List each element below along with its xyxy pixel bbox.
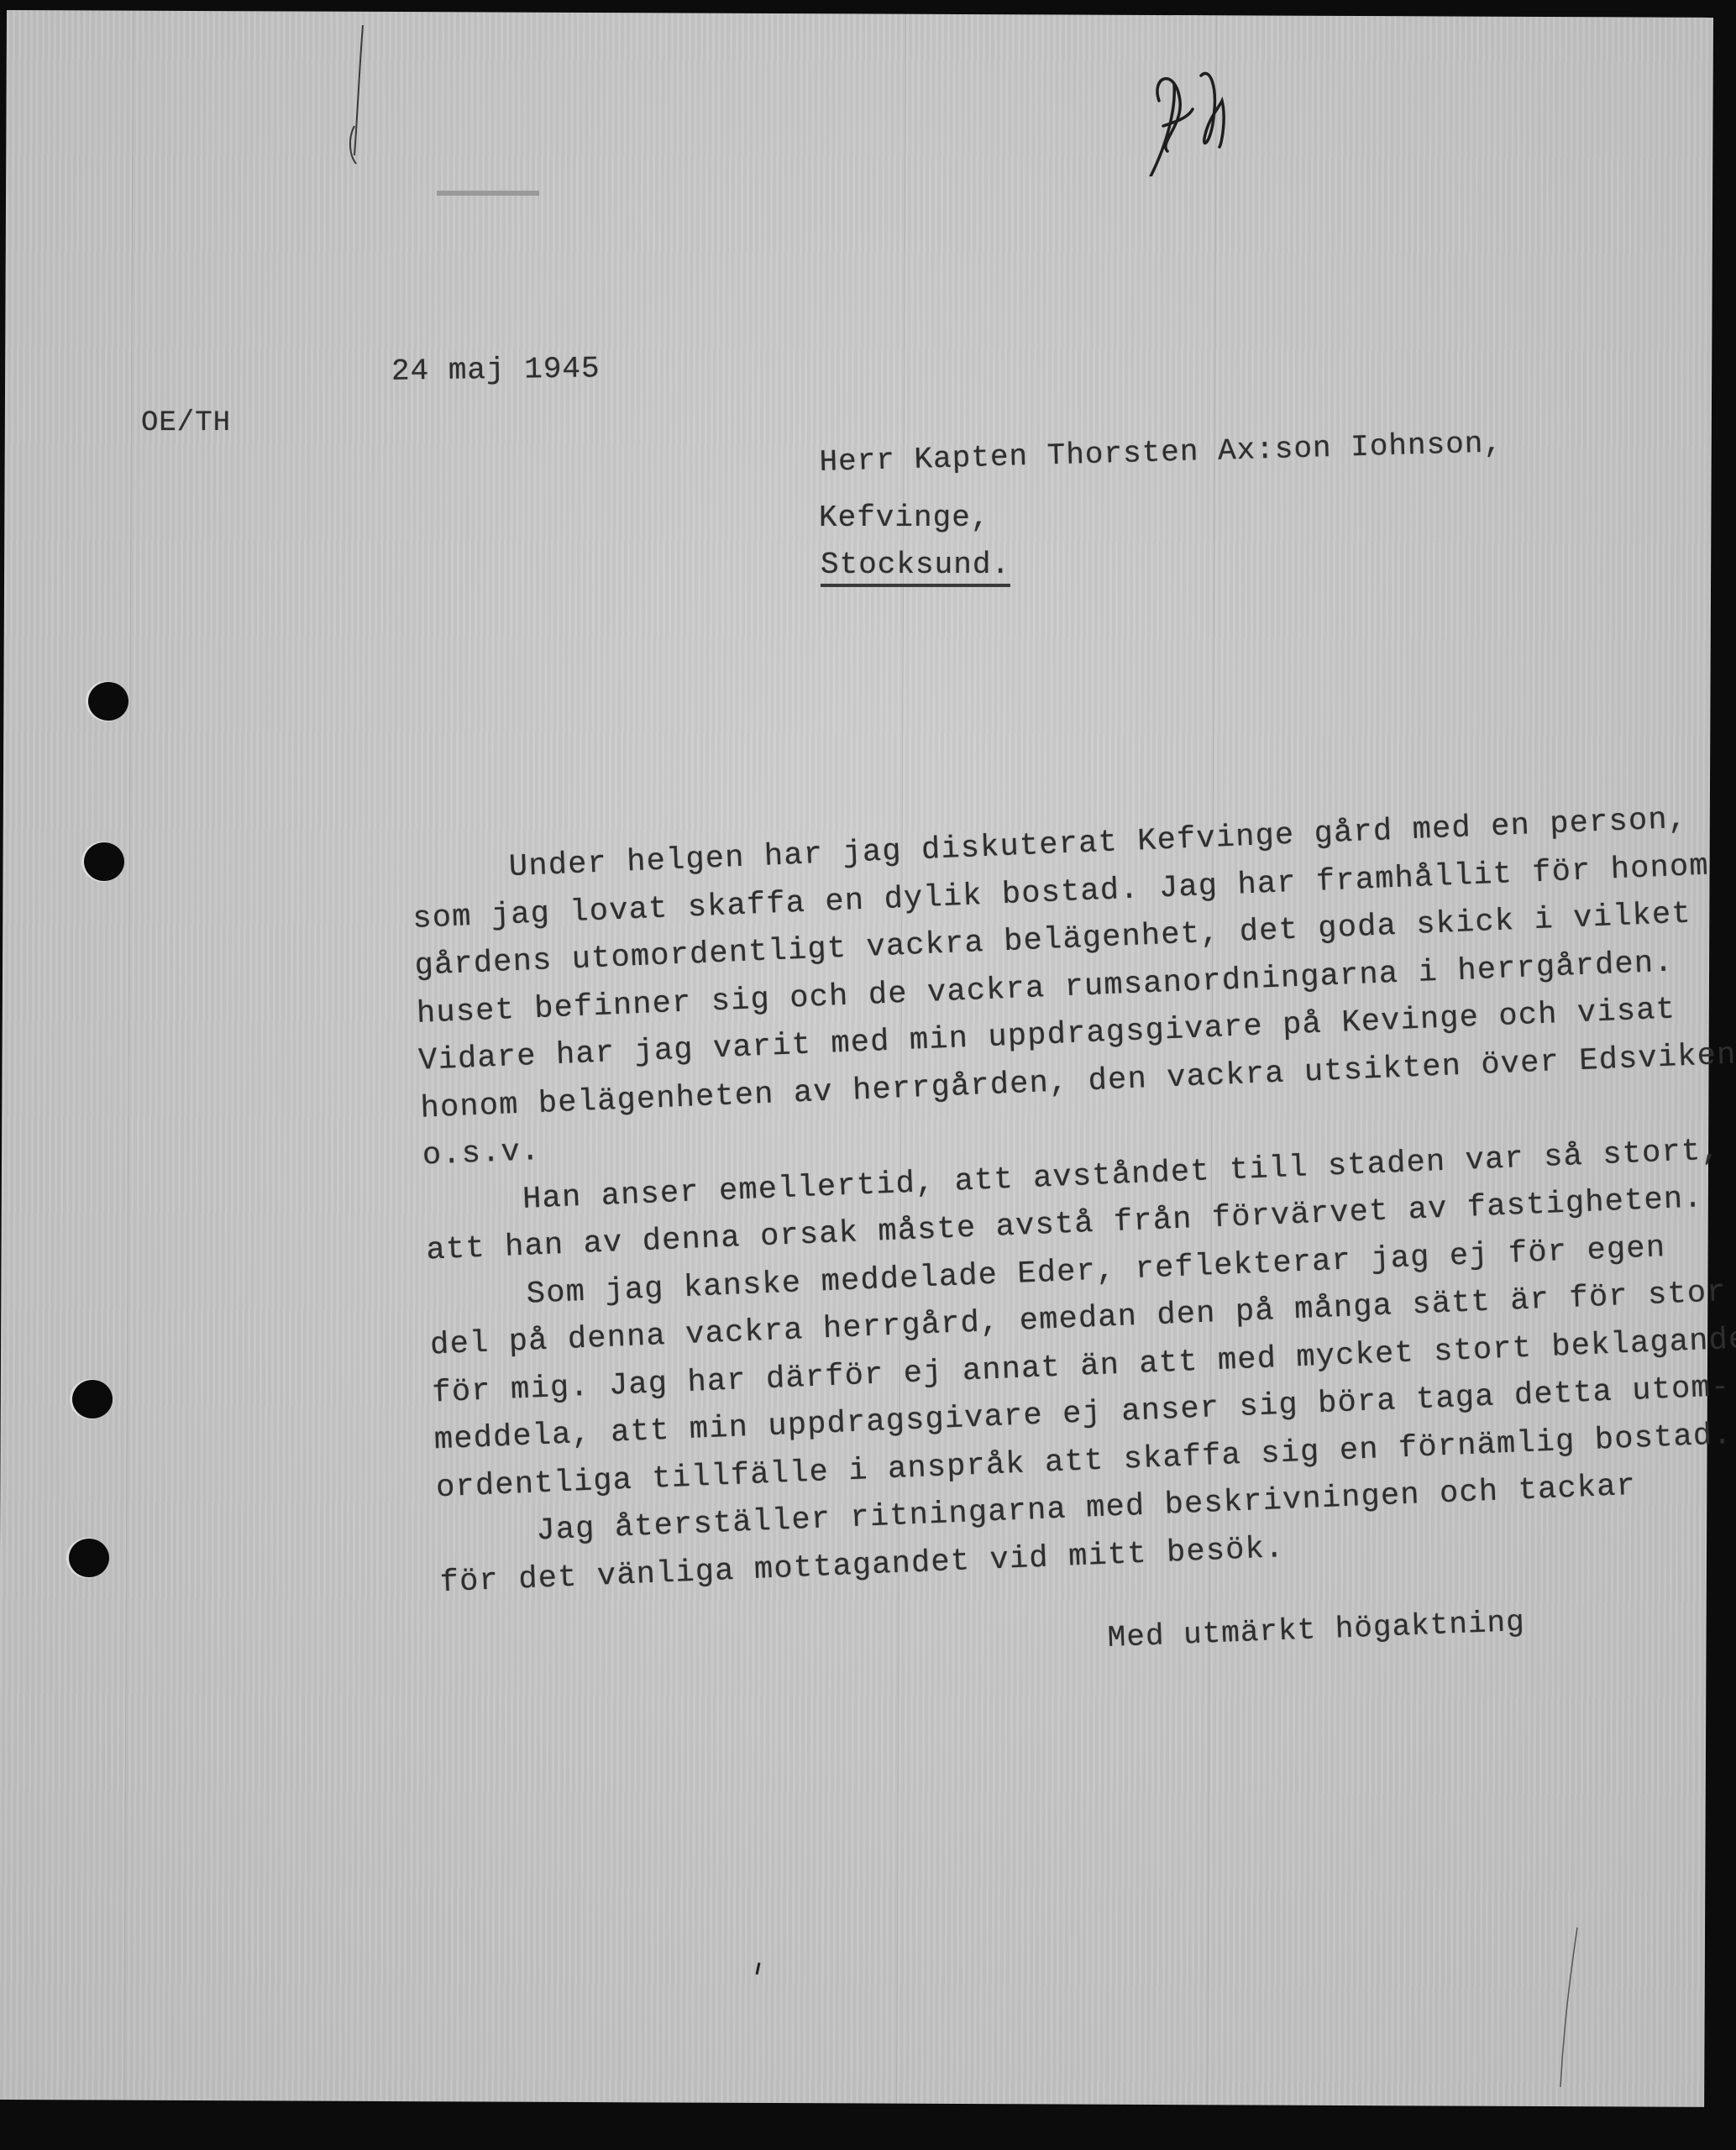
faint-dash-mark: [437, 191, 539, 196]
recipient-city: Stocksund.: [821, 548, 1010, 587]
reference-initials: OE/TH: [141, 407, 231, 439]
handwritten-initials-dw: DW: [1142, 50, 1293, 176]
paper-fold-line: [123, 11, 134, 2100]
letter-date: 24 maj 1945: [391, 351, 601, 388]
letter-body: Under helgen har jag diskuterat Kefvinge…: [410, 794, 1736, 1607]
stray-mark-icon: [754, 1961, 763, 1976]
scan-background: DW 24 maj 1945 OE/TH Herr Kapten Thorste…: [0, 0, 1736, 2150]
punch-hole-4: [69, 1539, 109, 1577]
pencil-margin-mark-icon: [336, 17, 437, 168]
paper-crease-mark-icon: [1554, 1923, 1579, 2091]
recipient-place: Kefvinge,: [819, 501, 989, 535]
punch-hole-3: [72, 1380, 113, 1418]
punch-hole-1: [88, 682, 128, 721]
punch-hole-2: [84, 842, 124, 881]
